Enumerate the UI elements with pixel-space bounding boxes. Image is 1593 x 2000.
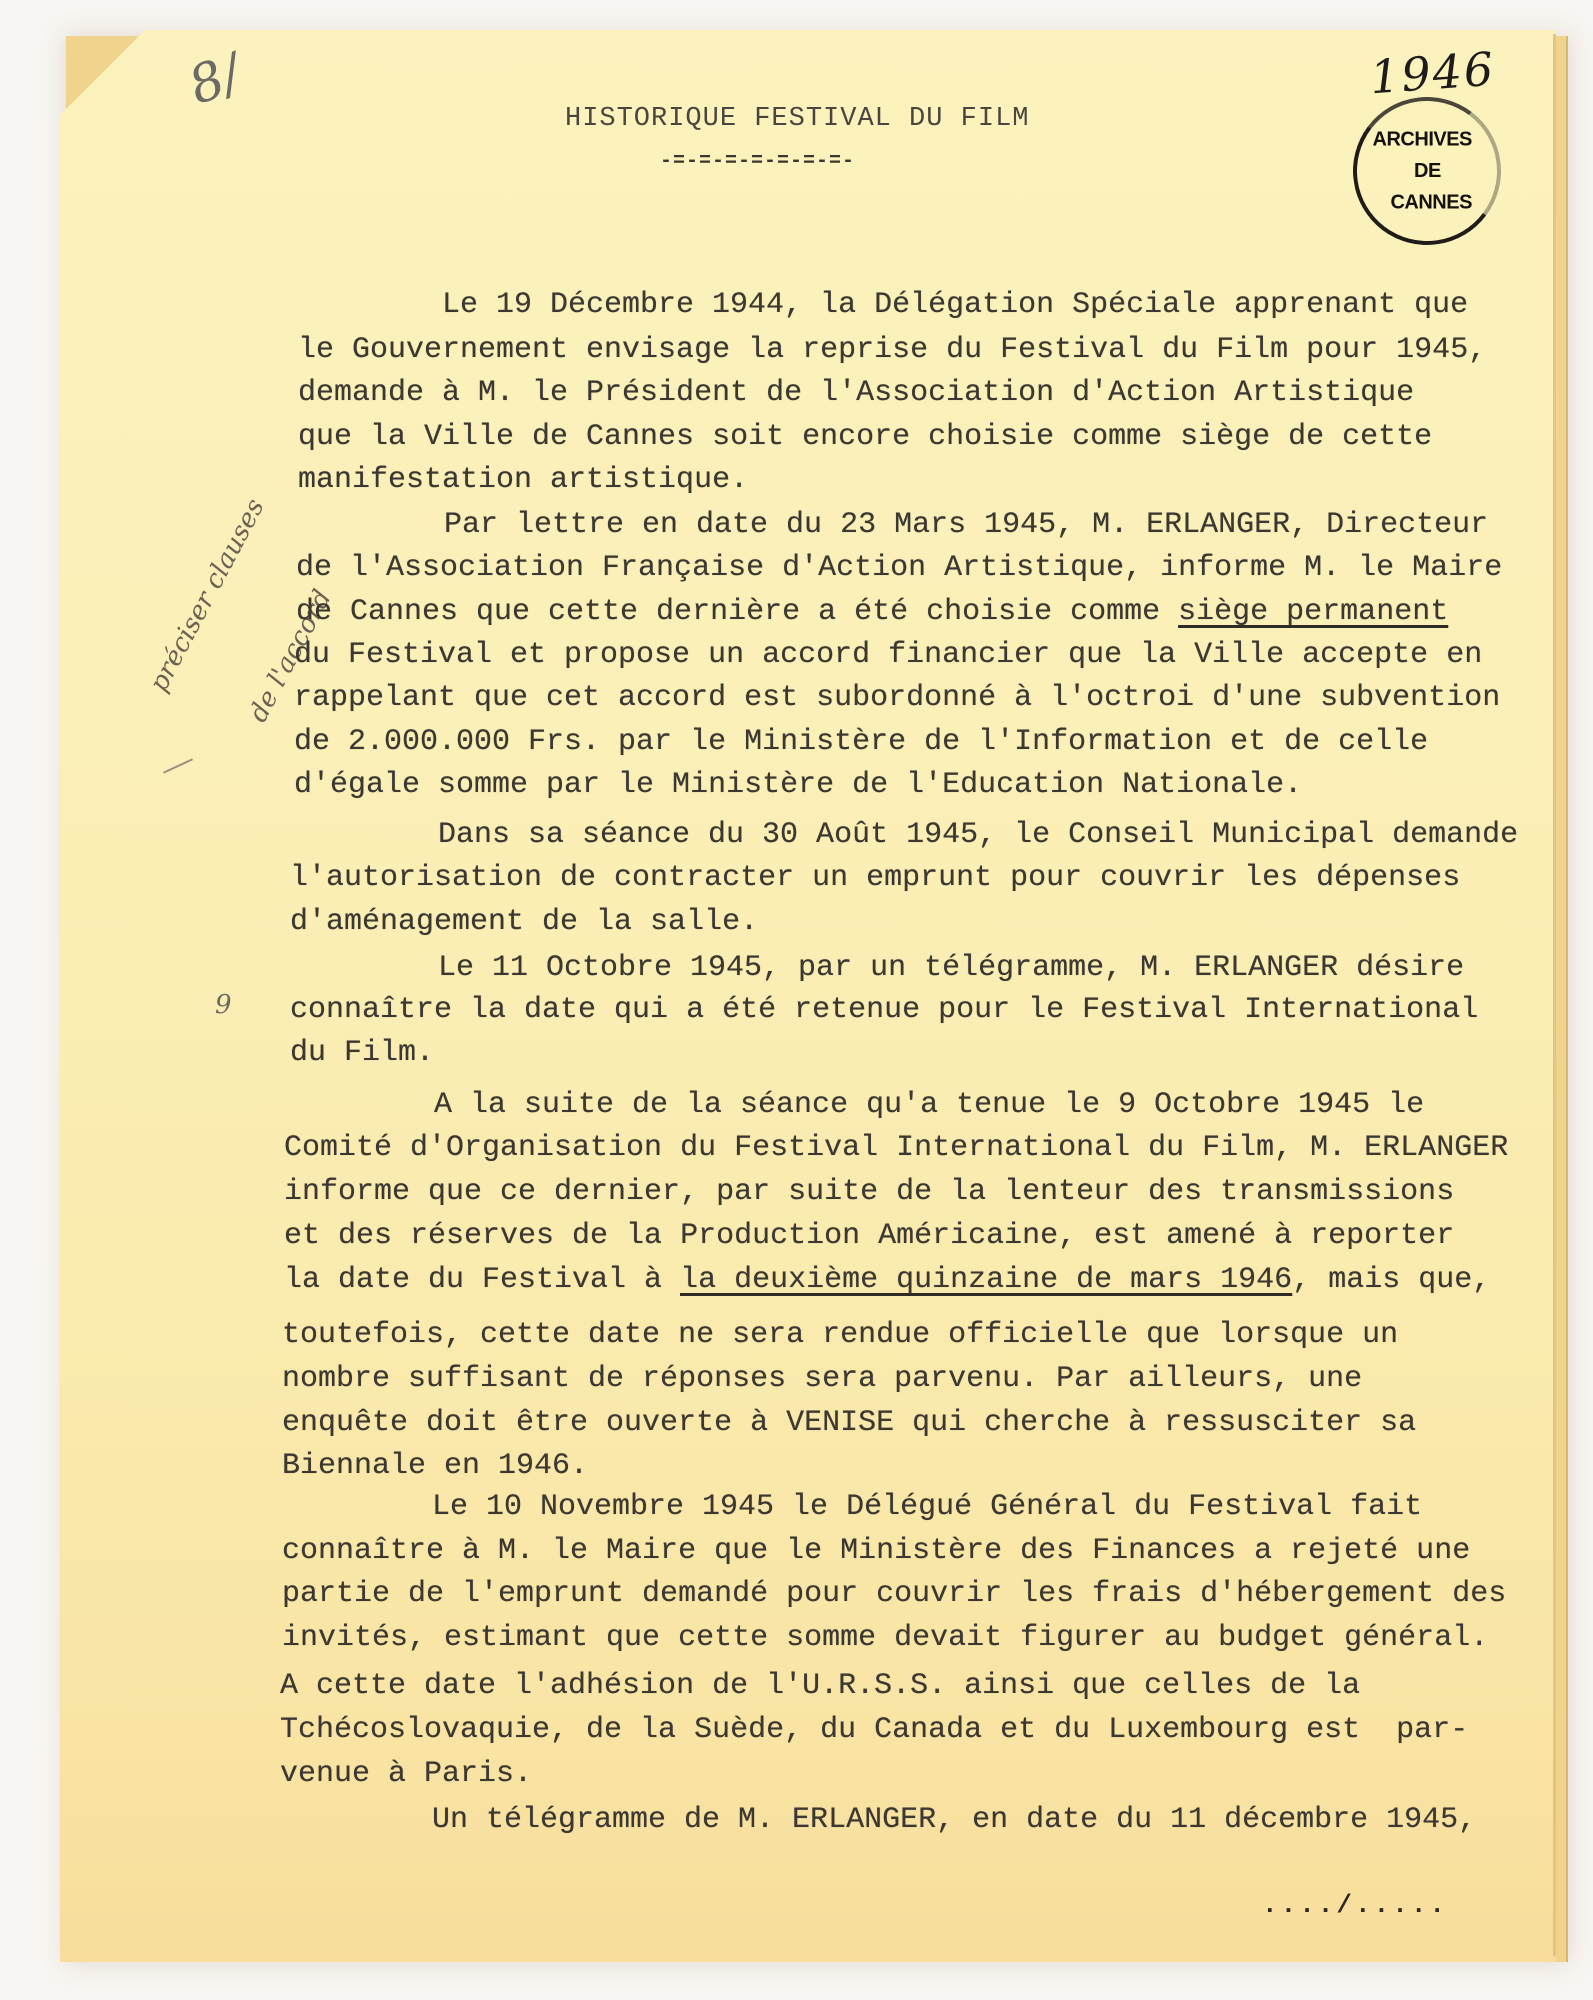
body-line: enquête doit être ouverte à VENISE qui c… [282,1405,1416,1441]
body-line: connaître la date qui a été retenue pour… [290,992,1478,1028]
underlined-phrase: siège permanent [1178,595,1448,629]
body-line: Dans sa séance du 30 Août 1945, le Conse… [438,817,1518,853]
title-separator: -=-=-=-=-=-=-=- [660,150,855,173]
body-line: l'autorisation de contracter un emprunt … [290,860,1460,896]
body-line: Tchécoslovaquie, de la Suède, du Canada … [280,1712,1468,1748]
body-line: partie de l'emprunt demandé pour couvrir… [282,1576,1506,1612]
body-line: du Festival et propose un accord financi… [294,637,1482,673]
stamp-line: ARCHIVES [1373,123,1472,155]
body-text: de Cannes que cette dernière a été chois… [296,595,1178,629]
body-line: d'égale somme par le Ministère de l'Educ… [294,767,1302,803]
stamp-line: DE [1414,155,1441,187]
body-line: de 2.000.000 Frs. par le Ministère de l'… [294,724,1428,760]
body-line: informe que ce dernier, par suite de la … [284,1174,1454,1210]
body-line: Par lettre en date du 23 Mars 1945, M. E… [444,507,1488,543]
body-line: connaître à M. le Maire que le Ministère… [282,1533,1470,1569]
body-line: le Gouvernement envisage la reprise du F… [298,332,1486,368]
underlined-phrase: la deuxième quinzaine de mars 1946 [680,1263,1292,1297]
body-line: venue à Paris. [280,1756,532,1792]
body-line: Le 11 Octobre 1945, par un télégramme, M… [438,950,1464,986]
body-line: nombre suffisant de réponses sera parven… [282,1361,1362,1397]
body-line: A cette date l'adhésion de l'U.R.S.S. ai… [280,1668,1360,1704]
body-line: Un télégramme de M. ERLANGER, en date du… [432,1802,1476,1838]
body-line: toutefois, cette date ne sera rendue off… [282,1317,1398,1353]
body-line: de Cannes que cette dernière a été chois… [296,594,1448,630]
body-line: d'aménagement de la salle. [290,904,758,940]
body-line: et des réserves de la Production América… [284,1218,1454,1254]
document-title: HISTORIQUE FESTIVAL DU FILM [565,104,1029,134]
body-line: rappelant que cet accord est subordonné … [294,680,1500,716]
body-line: demande à M. le Président de l'Associati… [298,375,1414,411]
body-text: la date du Festival à [284,1263,680,1297]
body-line: Le 10 Novembre 1945 le Délégué Général d… [432,1489,1422,1525]
body-line: que la Ville de Cannes soit encore chois… [298,419,1432,455]
stamp-line: CANNES [1391,187,1472,219]
handwritten-year: 1946 [1368,42,1497,105]
body-line: de l'Association Française d'Action Arti… [296,550,1502,586]
body-line: manifestation artistique. [298,462,748,498]
margin-note-line: préciser clauses [142,493,272,698]
body-line: invités, estimant que cette somme devait… [282,1620,1488,1656]
body-line: la date du Festival à la deuxième quinza… [284,1262,1490,1298]
body-line: Le 19 Décembre 1944, la Délégation Spéci… [442,287,1468,323]
body-line: du Film. [290,1035,434,1071]
page-continuation-marker: ..../..... [1262,1890,1448,1920]
body-line: Comité d'Organisation du Festival Intern… [284,1130,1508,1166]
body-line: A la suite de la séance qu'a tenue le 9 … [434,1087,1424,1123]
page-edge [1553,34,1556,1956]
body-line: Biennale en 1946. [282,1448,588,1484]
body-text: , mais que, [1292,1263,1490,1297]
margin-number: 9 [215,990,232,1020]
